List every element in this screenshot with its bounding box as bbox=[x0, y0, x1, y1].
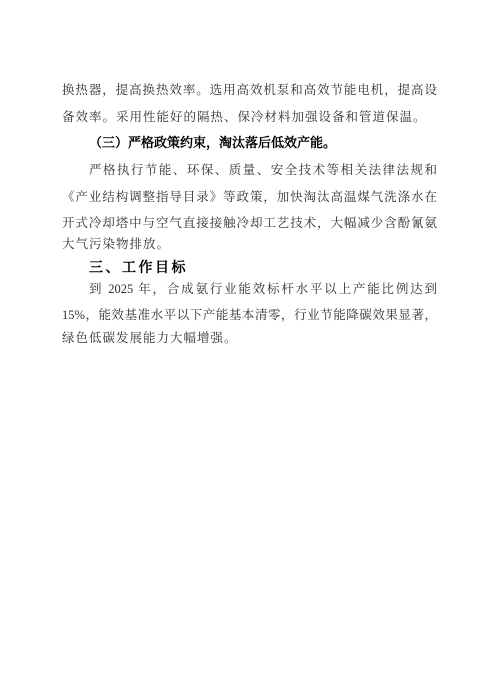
body-line-indented: 到 2025 年，合成氨行业能效标杆水平以上产能比例达到 bbox=[62, 281, 437, 298]
body-line: 大气污染物排放。 bbox=[62, 236, 437, 253]
section-heading: 三、工作目标 bbox=[62, 259, 437, 276]
document-page: 换热器，提高换热效率。选用高效机泵和高效节能电机，提高设 备效率。采用性能好的隔… bbox=[0, 0, 495, 700]
body-line: 开式冷却塔中与空气直接接触冷却工艺技术，大幅减少含酚氰氨 bbox=[62, 215, 437, 232]
body-line: 绿色低碳发展能力大幅增强。 bbox=[62, 330, 437, 347]
body-line: 换热器，提高换热效率。选用高效机泵和高效节能电机，提高设 bbox=[62, 82, 437, 99]
body-line: 15%，能效基准水平以下产能基本清零，行业节能降碳效果显著， bbox=[62, 307, 437, 324]
body-line: 备效率。采用性能好的隔热、保冷材料加强设备和管道保温。 bbox=[62, 109, 437, 126]
body-line-indented: 严格执行节能、环保、质量、安全技术等相关法律法规和 bbox=[62, 162, 437, 179]
body-line: 《产业结构调整指导目录》等政策，加快淘汰高温煤气洗涤水在 bbox=[62, 189, 437, 206]
subsection-heading: （三）严格政策约束，淘汰落后低效产能。 bbox=[62, 134, 437, 151]
